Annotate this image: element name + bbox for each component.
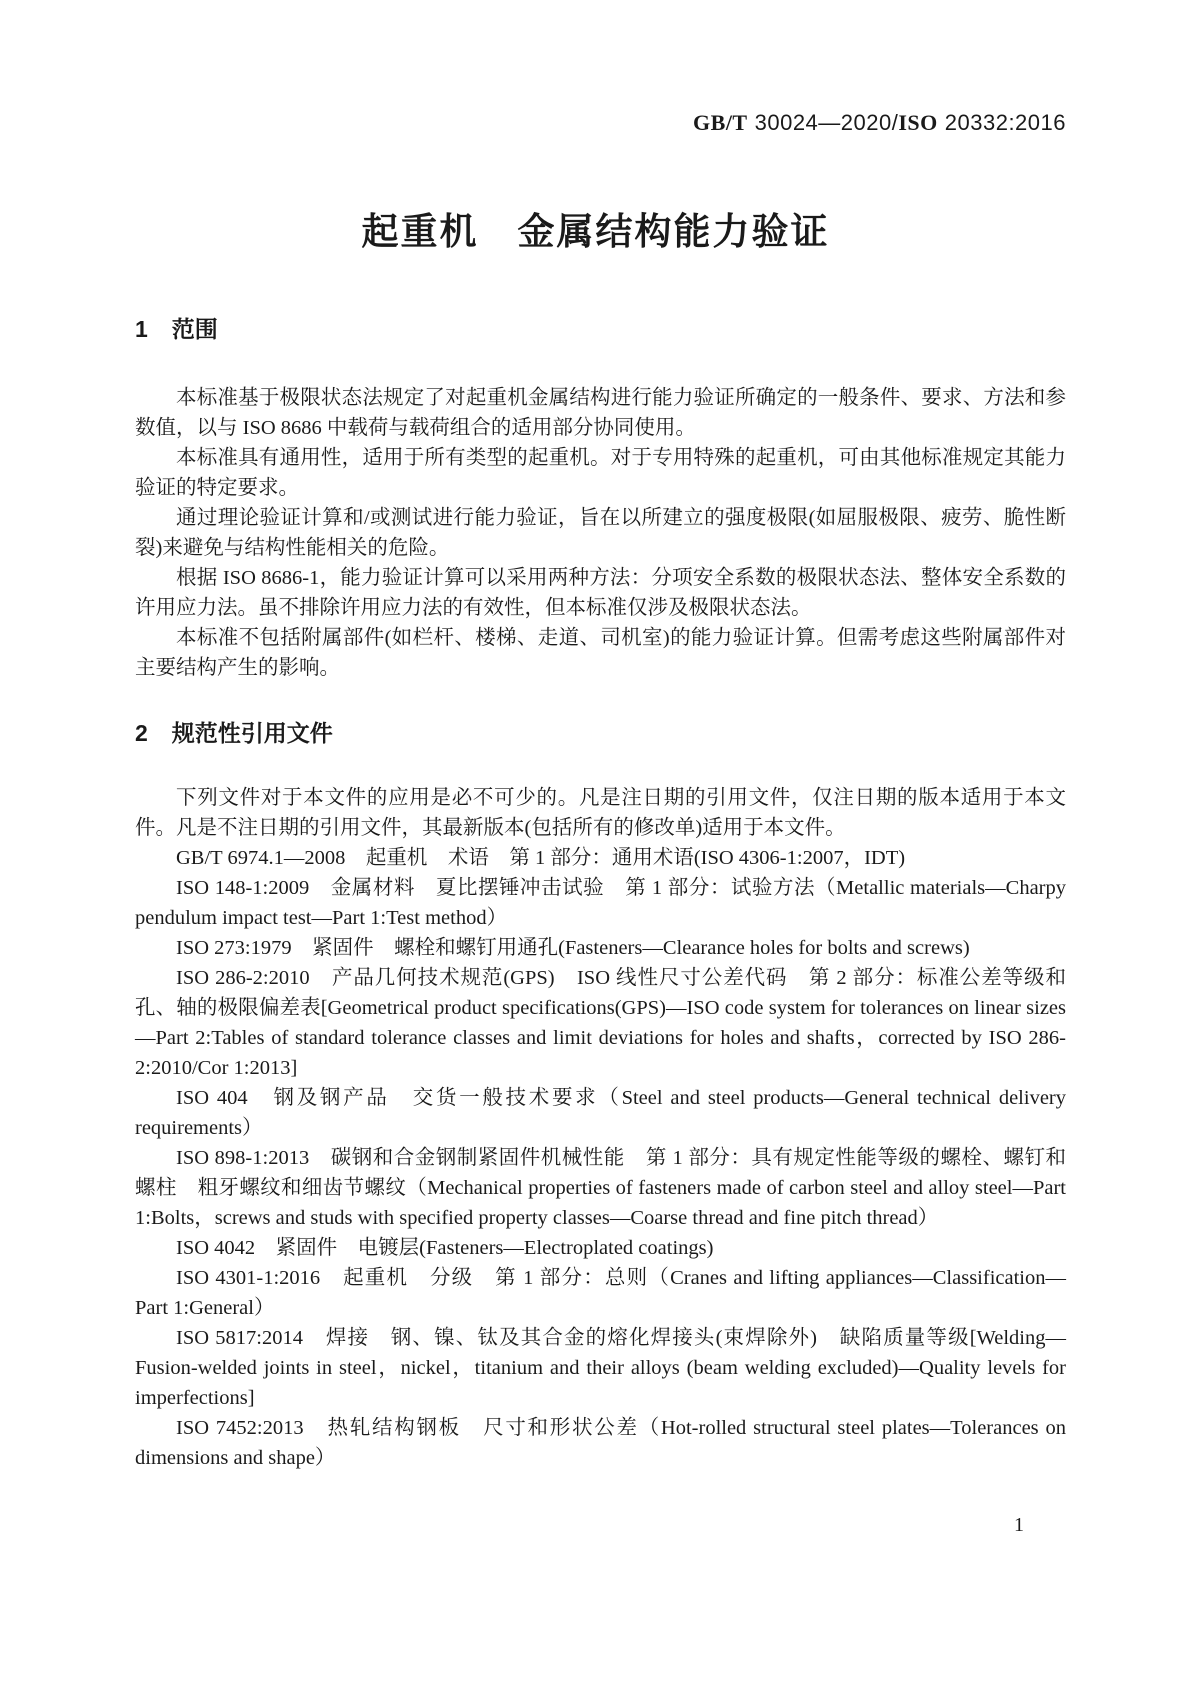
standard-code-iso-prefix: ISO <box>898 110 937 135</box>
page-number: 1 <box>1014 1514 1024 1537</box>
paragraph: 本标准不包括附属部件(如栏杆、楼梯、走道、司机室)的能力验证计算。但需考虑这些附… <box>135 623 1066 683</box>
paragraph: 下列文件对于本文件的应用是必不可少的。凡是注日期的引用文件，仅注日期的版本适用于… <box>135 783 1066 843</box>
standard-code-gb-number: 30024—2020/ <box>755 110 899 135</box>
reference-item: ISO 404 钢及钢产品 交货一般技术要求（Steel and steel p… <box>135 1083 1066 1143</box>
paragraph: 根据 ISO 8686-1，能力验证计算可以采用两种方法：分项安全系数的极限状态… <box>135 563 1066 623</box>
reference-item: ISO 7452:2013 热轧结构钢板 尺寸和形状公差（Hot-rolled … <box>135 1413 1066 1473</box>
reference-item: ISO 273:1979 紧固件 螺栓和螺钉用通孔(Fasteners—Clea… <box>135 933 1066 963</box>
reference-item: ISO 286-2:2010 产品几何技术规范(GPS) ISO 线性尺寸公差代… <box>135 963 1066 1083</box>
paragraph: 通过理论验证计算和/或测试进行能力验证，旨在以所建立的强度极限(如屈服极限、疲劳… <box>135 503 1066 563</box>
section-2-title: 规范性引用文件 <box>172 720 333 746</box>
standard-code-iso-number: 20332:2016 <box>945 110 1066 135</box>
reference-item: ISO 4301-1:2016 起重机 分级 第 1 部分：总则（Cranes … <box>135 1263 1066 1323</box>
section-1-heading: 1范围 <box>135 315 1066 343</box>
section-2-number: 2 <box>135 720 148 746</box>
paragraph: 本标准基于极限状态法规定了对起重机金属结构进行能力验证所确定的一般条件、要求、方… <box>135 383 1066 443</box>
reference-item: GB/T 6974.1—2008 起重机 术语 第 1 部分：通用术语(ISO … <box>135 843 1066 873</box>
reference-item: ISO 898-1:2013 碳钢和合金钢制紧固件机械性能 第 1 部分：具有规… <box>135 1143 1066 1233</box>
section-2-heading: 2规范性引用文件 <box>135 719 1066 747</box>
reference-item: ISO 4042 紧固件 电镀层(Fasteners—Electroplated… <box>135 1233 1066 1263</box>
document-page: GB/T30024—2020/ISO20332:2016 起重机 金属结构能力验… <box>0 0 1191 1685</box>
standard-code-header: GB/T30024—2020/ISO20332:2016 <box>693 110 1066 136</box>
reference-item: ISO 148-1:2009 金属材料 夏比摆锤冲击试验 第 1 部分：试验方法… <box>135 873 1066 933</box>
document-title: 起重机 金属结构能力验证 <box>0 201 1191 255</box>
section-1-title: 范围 <box>172 316 218 342</box>
section-1-number: 1 <box>135 316 148 342</box>
document-body: 1范围 本标准基于极限状态法规定了对起重机金属结构进行能力验证所确定的一般条件、… <box>135 315 1066 1473</box>
reference-item: ISO 5817:2014 焊接 钢、镍、钛及其合金的熔化焊接头(束焊除外) 缺… <box>135 1323 1066 1413</box>
standard-code-gb-prefix: GB/T <box>693 110 748 135</box>
paragraph: 本标准具有通用性，适用于所有类型的起重机。对于专用特殊的起重机，可由其他标准规定… <box>135 443 1066 503</box>
